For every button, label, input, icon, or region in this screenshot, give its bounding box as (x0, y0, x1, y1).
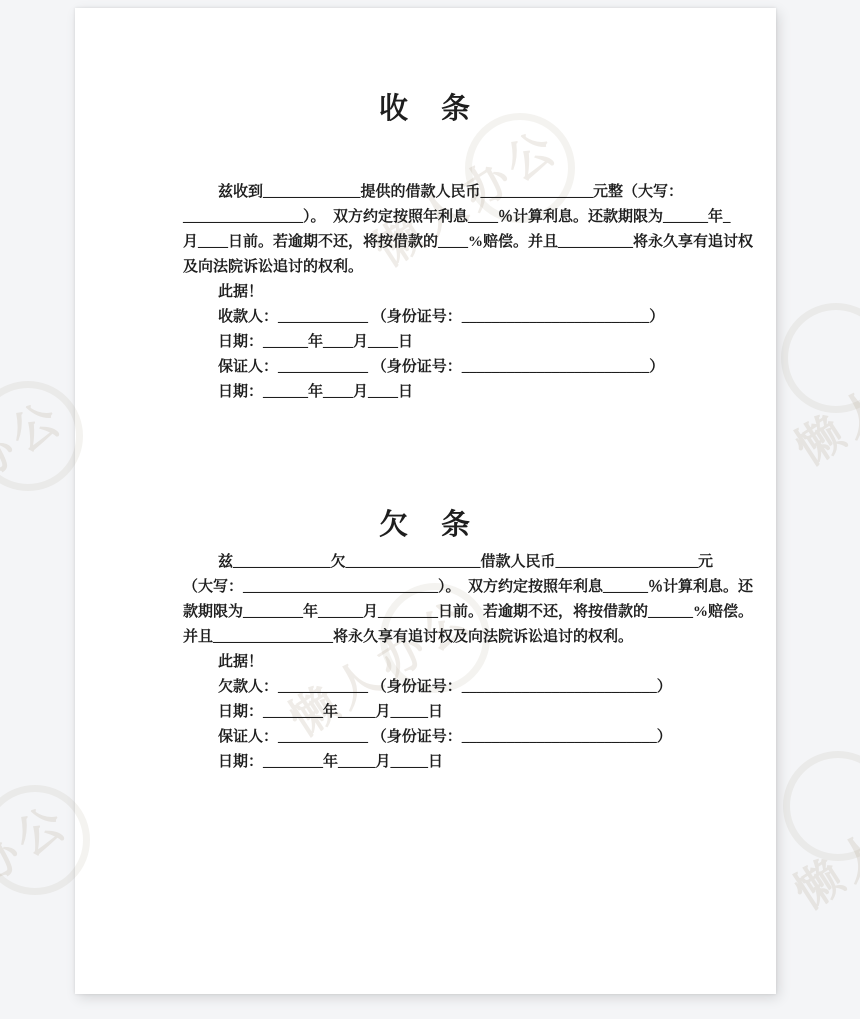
screen: 懒人办公 懒人办公 懒人办公 懒人办公 懒人办公 懒人办公 收 条 兹收到___… (0, 0, 860, 1019)
watermark-ring-icon (783, 751, 860, 861)
receipt-payee-line: 收款人：____________ （身份证号：_________________… (183, 305, 688, 330)
iou-guarantor-line: 保证人：____________ （身份证号：_________________… (183, 725, 688, 750)
receipt-date-line-2: 日期：______年____月____日 (183, 380, 688, 405)
watermark-ring-icon (0, 381, 83, 491)
iou-paragraph-line-1: 兹_____________欠__________________借款人民币__… (183, 550, 688, 575)
watermark-text: 懒人办公 (0, 786, 80, 955)
iou-date-line-2: 日期：________年_____月_____日 (183, 750, 688, 775)
iou-debtor-line: 欠款人：____________ （身份证号：_________________… (183, 675, 688, 700)
iou-closing: 此据！ (183, 650, 688, 675)
receipt-paragraph-line-2: ________________）。 双方约定按照年利息____％计算利息。还款… (183, 205, 688, 230)
receipt-closing: 此据！ (183, 280, 688, 305)
iou-paragraph-line-4: 并且________________将永久享有追讨权及向法院诉讼追讨的权利。 (183, 625, 688, 650)
iou-paragraph-line-3: 款期限为________年______月________日前。若逾期不还，将按借… (183, 600, 688, 625)
iou-title: 欠 条 (75, 502, 776, 543)
iou-section: 兹_____________欠__________________借款人民币__… (183, 550, 688, 775)
watermark-text: 懒人办公 (780, 754, 860, 923)
receipt-paragraph-line-3: 月____日前。若逾期不还，将按借款的____%赔偿。并且__________将… (183, 230, 688, 255)
receipt-title: 收 条 (75, 86, 776, 127)
receipt-date-line-1: 日期：______年____月____日 (183, 330, 688, 355)
receipt-paragraph-line-1: 兹收到_____________提供的借款人民币_______________元… (183, 180, 688, 205)
receipt-guarantor-line: 保证人：____________ （身份证号：_________________… (183, 355, 688, 380)
watermark-text: 懒人办公 (0, 382, 75, 551)
receipt-section: 兹收到_____________提供的借款人民币_______________元… (183, 180, 688, 405)
watermark-ring-icon (781, 303, 860, 413)
watermark-text: 懒人办公 (781, 310, 860, 479)
document-content: 收 条 兹收到_____________提供的借款人民币____________… (75, 8, 776, 994)
iou-paragraph-line-2: （大写：__________________________）。 双方约定按照年… (183, 575, 688, 600)
receipt-paragraph-line-4: 及向法院诉讼追讨的权利。 (183, 255, 688, 280)
iou-date-line-1: 日期：________年_____月_____日 (183, 700, 688, 725)
